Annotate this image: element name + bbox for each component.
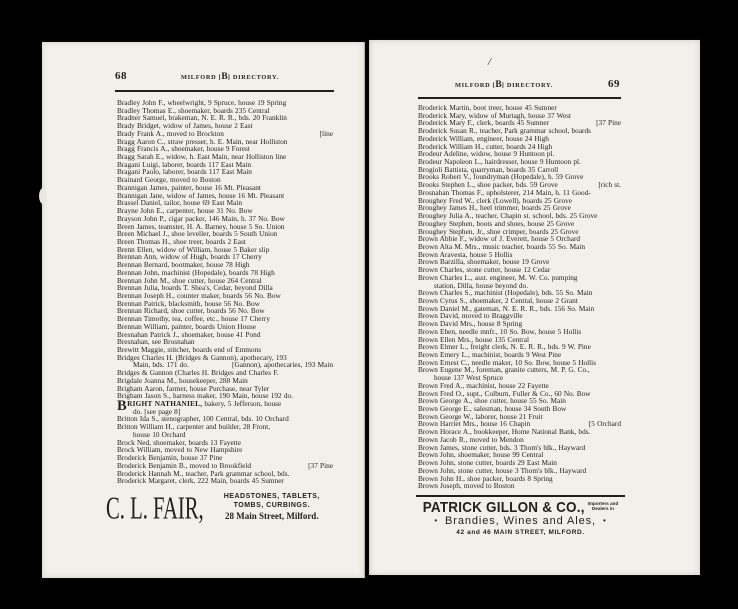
running-title-pre: MILFORD [ xyxy=(181,74,221,81)
ad-name-row: PATRICK GILLON & CO., Importers and Deal… xyxy=(416,500,625,514)
running-title: MILFORD [B] DIRECTORY. xyxy=(127,72,333,82)
entry-text: bakery, 5 Jefferson, house xyxy=(202,399,281,408)
header-rule xyxy=(115,90,334,92)
running-title-post: ] DIRECTORY. xyxy=(502,82,553,89)
ad-details: HEADSTONES, TABLETS, TOMBS, CURBINGS. 28… xyxy=(208,492,336,522)
stray-pen-mark: / xyxy=(488,56,491,68)
entry-bracket-note: [5 Orchard xyxy=(589,420,621,428)
header-rule xyxy=(418,97,621,99)
entry-text: Broderick Margaret, clerk, 222 Main, boa… xyxy=(117,476,284,485)
running-title-pre: MILFORD [ xyxy=(455,82,495,89)
ad-products-line1: HEADSTONES, TABLETS, xyxy=(208,493,336,502)
ad-top-rule xyxy=(416,495,625,497)
ad-products-text: Brandies, Wines and Ales, xyxy=(445,515,596,527)
advertiser-name: C. L. FAIR, xyxy=(106,492,204,526)
bullet-icon: • xyxy=(596,516,614,525)
page-number: 69 xyxy=(608,78,620,90)
directory-entry: Brown Joseph, moved to Boston xyxy=(418,482,621,490)
entry-bracket-note: [rich st. xyxy=(598,181,621,189)
advertiser-name: PATRICK GILLON & CO., xyxy=(423,500,585,515)
page-number: 68 xyxy=(115,70,127,82)
scan-artifact xyxy=(39,188,47,204)
running-title-post: ] DIRECTORY. xyxy=(228,74,279,81)
directory-page-68: 68 MILFORD [B] DIRECTORY. Bradley John F… xyxy=(42,42,365,578)
ad-tagline-line2: Dealers in xyxy=(588,506,619,511)
ad-address: 28 Main Street, Milford. xyxy=(208,511,336,522)
running-title: MILFORD [B] DIRECTORY. xyxy=(418,80,590,90)
advertisement-patrick-gillon: PATRICK GILLON & CO., Importers and Deal… xyxy=(416,495,625,536)
ad-products: •Brandies, Wines and Ales,• xyxy=(416,515,625,527)
directory-entries: Bradley John F., wheelwright, 9 Spruce, … xyxy=(117,99,333,485)
advertisement-cl-fair: C. L. FAIR, HEADSTONES, TABLETS, TOMBS, … xyxy=(106,492,336,522)
ad-products-line2: TOMBS, CURBINGS. xyxy=(208,502,336,511)
directory-page-69: / MILFORD [B] DIRECTORY. 69 Broderick Ma… xyxy=(369,40,700,575)
directory-entry: Broderick Margaret, clerk, 222 Main, boa… xyxy=(117,477,333,485)
ad-address: 42 and 46 MAIN STREET, MILFORD. xyxy=(416,529,625,536)
entry-bracket-note: [line xyxy=(320,130,333,138)
scanned-directory-photo: 68 MILFORD [B] DIRECTORY. Bradley John F… xyxy=(0,0,738,609)
bullet-icon: • xyxy=(427,516,445,525)
page-header: MILFORD [B] DIRECTORY. 69 xyxy=(418,78,620,90)
page-header: 68 MILFORD [B] DIRECTORY. xyxy=(115,70,333,82)
dropcap-letter: B xyxy=(117,403,127,411)
directory-entries: Broderick Martin, boot treer, house 45 S… xyxy=(418,104,621,490)
entry-bracket-note: [37 Pine xyxy=(308,462,333,470)
entry-bracket-note: [37 Pine xyxy=(596,119,621,127)
ad-tagline: Importers and Dealers in xyxy=(588,500,619,511)
entry-text: Brown Joseph, moved to Boston xyxy=(418,481,514,490)
